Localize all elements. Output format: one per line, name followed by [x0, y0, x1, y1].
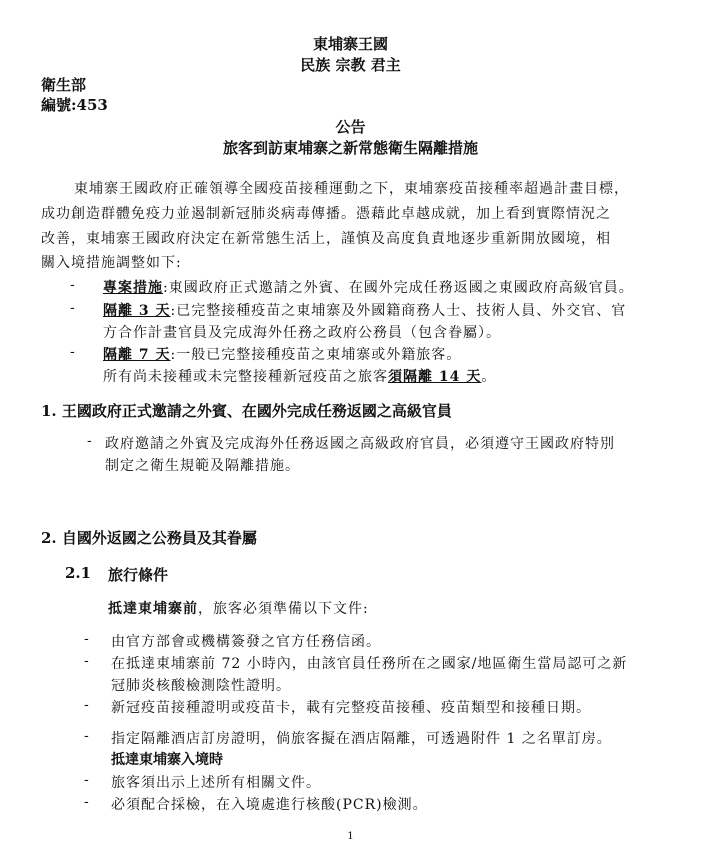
section-1-text: 政府邀請之外賓及完成海外任務返國之高級政府官員，必須遵守王國政府特別: [105, 433, 615, 453]
intro-line: 成功創造群體免疫力並遏制新冠肺炎病毒傳播。憑藉此卓越成就，加上看到實際情況之: [41, 203, 611, 223]
bullet-dash: -: [84, 631, 89, 647]
unvaccinated-note: 所有尚未接種或未完整接種新冠疫苗之旅客須隔離 14 天。: [103, 366, 496, 386]
bullet-dash: -: [70, 344, 75, 360]
before-arrival-label: 抵達東埔寨前: [108, 601, 198, 617]
bullet-dash: -: [87, 433, 92, 449]
document-item: 指定隔離酒店訂房證明，倘旅客擬在酒店隔離，可透過附件 1 之名單訂房。: [111, 728, 612, 748]
ministry: 衛生部: [41, 74, 86, 95]
page-title: 旅客到訪東埔寨之新常態衛生隔離措施: [0, 137, 701, 158]
measure-item: 專案措施:東國政府正式邀請之外賓、在國外完成任務返國之東國政府高級官員。: [103, 277, 634, 297]
subsection-title: 旅行條件: [108, 564, 168, 585]
intro-line: 關入境措施調整如下:: [41, 252, 182, 272]
section-1-heading: 1. 王國政府正式邀請之外賓、在國外完成任務返國之高級官員: [41, 400, 452, 421]
kingdom-title: 東埔寨王國: [0, 33, 701, 54]
measure-text: 東國政府正式邀請之外賓、在國外完成任務返國之東國政府高級官員。: [169, 280, 634, 296]
arrival-heading: 抵達東埔寨入境時: [111, 749, 223, 769]
bullet-dash: -: [84, 728, 89, 744]
arrival-item: 旅客須出示上述所有相關文件。: [111, 772, 321, 792]
document-number: 編號:453: [41, 94, 108, 115]
section-1-text: 制定之衛生規範及隔離措施。: [105, 455, 300, 475]
measure-label: 隔離 7 天: [103, 347, 171, 363]
before-arrival-text: ，旅客必須準備以下文件:: [198, 601, 369, 617]
bullet-dash: -: [84, 653, 89, 669]
measure-text: 已完整接種疫苗之東埔寨及外國籍商務人士、技術人員、外交官、官: [176, 303, 626, 319]
before-arrival-intro: 抵達東埔寨前，旅客必須準備以下文件:: [108, 598, 369, 618]
document-item: 新冠疫苗接種證明或疫苗卡，載有完整疫苗接種、疫苗類型和接種日期。: [111, 697, 591, 717]
arrival-item: 必須配合採檢，在入境處進行核酸(PCR)檢測。: [111, 794, 428, 814]
measure-item: 隔離 3 天:已完整接種疫苗之東埔寨及外國籍商務人士、技術人員、外交官、官: [103, 300, 626, 320]
subsection-number: 2.1: [65, 564, 91, 582]
measure-label: 專案措施: [103, 280, 163, 296]
intro-line: 改善，東埔寨王國政府決定在新常態生活上，謹慎及高度負責地逐步重新開放國境，相: [41, 228, 611, 248]
measure-text: 一般已完整接種疫苗之東埔寨或外籍旅客。: [176, 347, 461, 363]
bullet-dash: -: [84, 697, 89, 713]
motto: 民族 宗教 君主: [0, 54, 701, 75]
notice-label: 公告: [0, 116, 701, 137]
period: 。: [481, 369, 496, 385]
bullet-dash: -: [70, 300, 75, 316]
bullet-dash: -: [70, 277, 75, 293]
document-item: 在抵達東埔寨前 72 小時內，由該官員任務所在之國家/地區衛生當局認可之新: [111, 653, 627, 673]
bullet-dash: -: [84, 794, 89, 810]
bullet-dash: -: [84, 772, 89, 788]
measure-label: 隔離 3 天: [103, 303, 171, 319]
intro-line: 東埔寨王國政府正確領導全國疫苗接種運動之下，東埔寨疫苗接種率超過計畫目標，: [74, 178, 629, 198]
unvaccinated-emphasis: 須隔離 14 天: [388, 369, 481, 385]
page-number: 1: [0, 831, 701, 842]
document-item: 由官方部會或機構簽發之官方任務信函。: [111, 631, 381, 651]
unvaccinated-text: 所有尚未接種或未完整接種新冠疫苗之旅客: [103, 369, 388, 385]
section-2-heading: 2. 自國外返國之公務員及其眷屬: [41, 527, 257, 548]
measure-text-cont: 方合作計畫官員及完成海外任務之政府公務員（包含眷屬）。: [103, 322, 501, 342]
measure-item: 隔離 7 天:一般已完整接種疫苗之東埔寨或外籍旅客。: [103, 344, 461, 364]
document-item-cont: 冠肺炎核酸檢測陰性證明。: [111, 675, 291, 695]
